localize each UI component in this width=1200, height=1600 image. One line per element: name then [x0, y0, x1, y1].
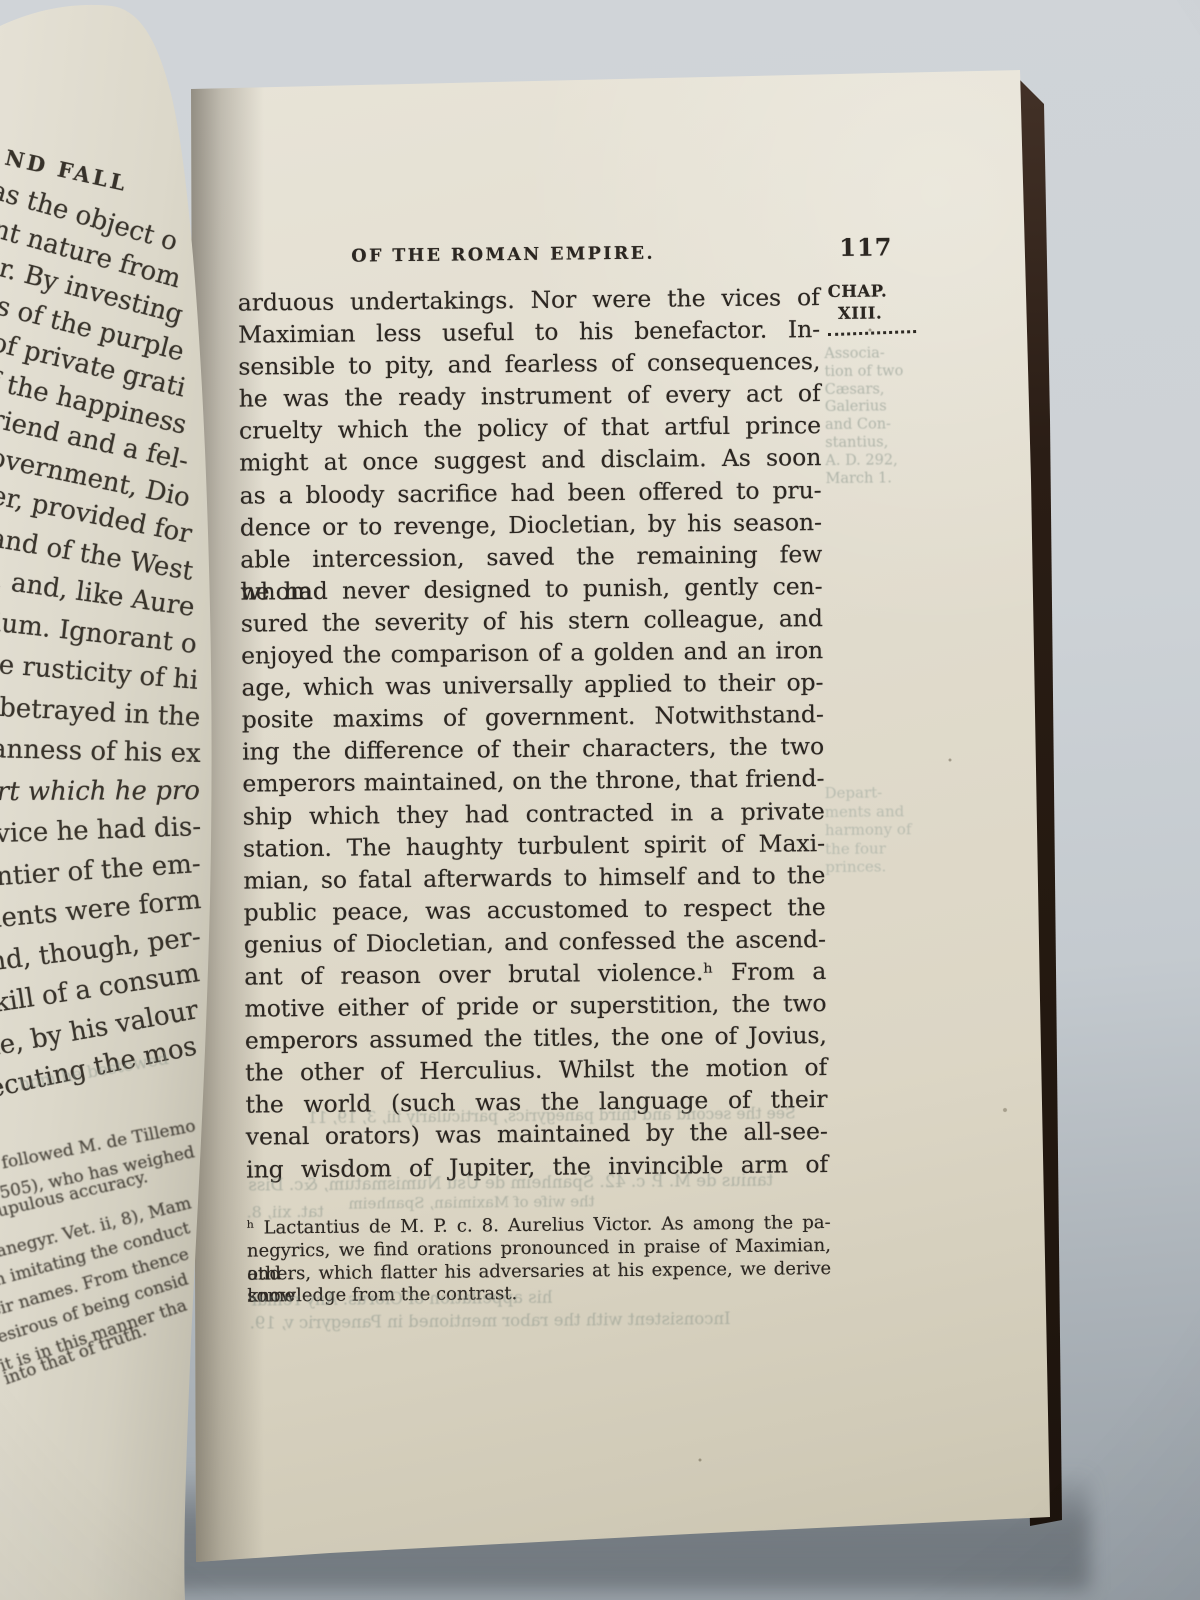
running-header: OF THE ROMAN EMPIRE. [351, 244, 655, 267]
body-text-line: might at once suggest and disclaim. As s… [239, 442, 821, 480]
show-through-line: harmony of [825, 820, 912, 839]
show-through-line: ments and [825, 802, 912, 821]
book-photo-scene: OF THE ROMAN EMPIRE. 117 arduous underta… [0, 0, 1200, 1600]
show-through-line: Inconsistent with the rabor mentioned in… [250, 1309, 731, 1333]
show-through-line: tat. xii, 8. [246, 1202, 323, 1222]
show-through-bottom: See the second and third panegyrics, par… [0, 0, 1197, 6]
show-through-line: stantius, [825, 434, 904, 453]
body-text-line: able intercession, saved the remaining f… [240, 538, 822, 576]
show-through-line: Depart- [824, 783, 911, 802]
show-through-line: Associa- [824, 345, 903, 364]
show-through-line: Galerius [825, 399, 904, 418]
show-through-line: March 1. [825, 470, 904, 489]
show-through-line: and Con- [825, 416, 904, 435]
body-text: arduous undertakings. Nor were the vices… [238, 281, 829, 1185]
body-text-line: emperors maintained, on the throne, that… [242, 762, 824, 800]
body-text-line: mian, so fatal afterwards to himself and… [243, 859, 825, 897]
show-through-line: A. D. 292, [825, 452, 904, 471]
body-text-line: as a bloody sacrifice had been offered t… [240, 474, 822, 512]
chapter-label: CHAP. [828, 281, 916, 301]
page-number: 117 [839, 232, 892, 262]
chapter-margin-note: CHAP. XIII. [828, 281, 917, 335]
left-page-text-fragment: ly art which he pro [0, 776, 200, 807]
show-through-line: the four [825, 839, 912, 858]
show-through-margin-note-2: Depart-ments andharmony ofthe fourprince… [824, 783, 911, 876]
show-through-line: his appellation of Clorus. Any remar [249, 1288, 552, 1310]
dotted-rule [828, 330, 916, 336]
body-text-line: public peace, was accustomed to respect … [244, 891, 826, 929]
left-page-text-fragment: meanness of his ex [0, 733, 201, 769]
left-page-text-fragment: still betrayed in the [0, 689, 201, 732]
left-page-text-fragment: service he had dis- [0, 812, 201, 851]
body-text-line: dence or to revenge, Diocletian, by his … [240, 506, 822, 544]
show-through-line: princes. [825, 857, 912, 876]
show-through-line: Cæsars, [825, 381, 904, 400]
body-text-line: ship which they had contracted in a priv… [243, 795, 825, 833]
body-text-line: station. The haughty turbulent spirit of… [243, 827, 825, 865]
chapter-numeral: XIII. [838, 303, 916, 323]
show-through-margin-note: Associa-tion of twoCæsars,Galeriusand Co… [824, 345, 904, 488]
show-through-line: tion of two [824, 363, 903, 382]
show-through-line: the wife of Maximian, Spanheim [348, 1192, 594, 1212]
